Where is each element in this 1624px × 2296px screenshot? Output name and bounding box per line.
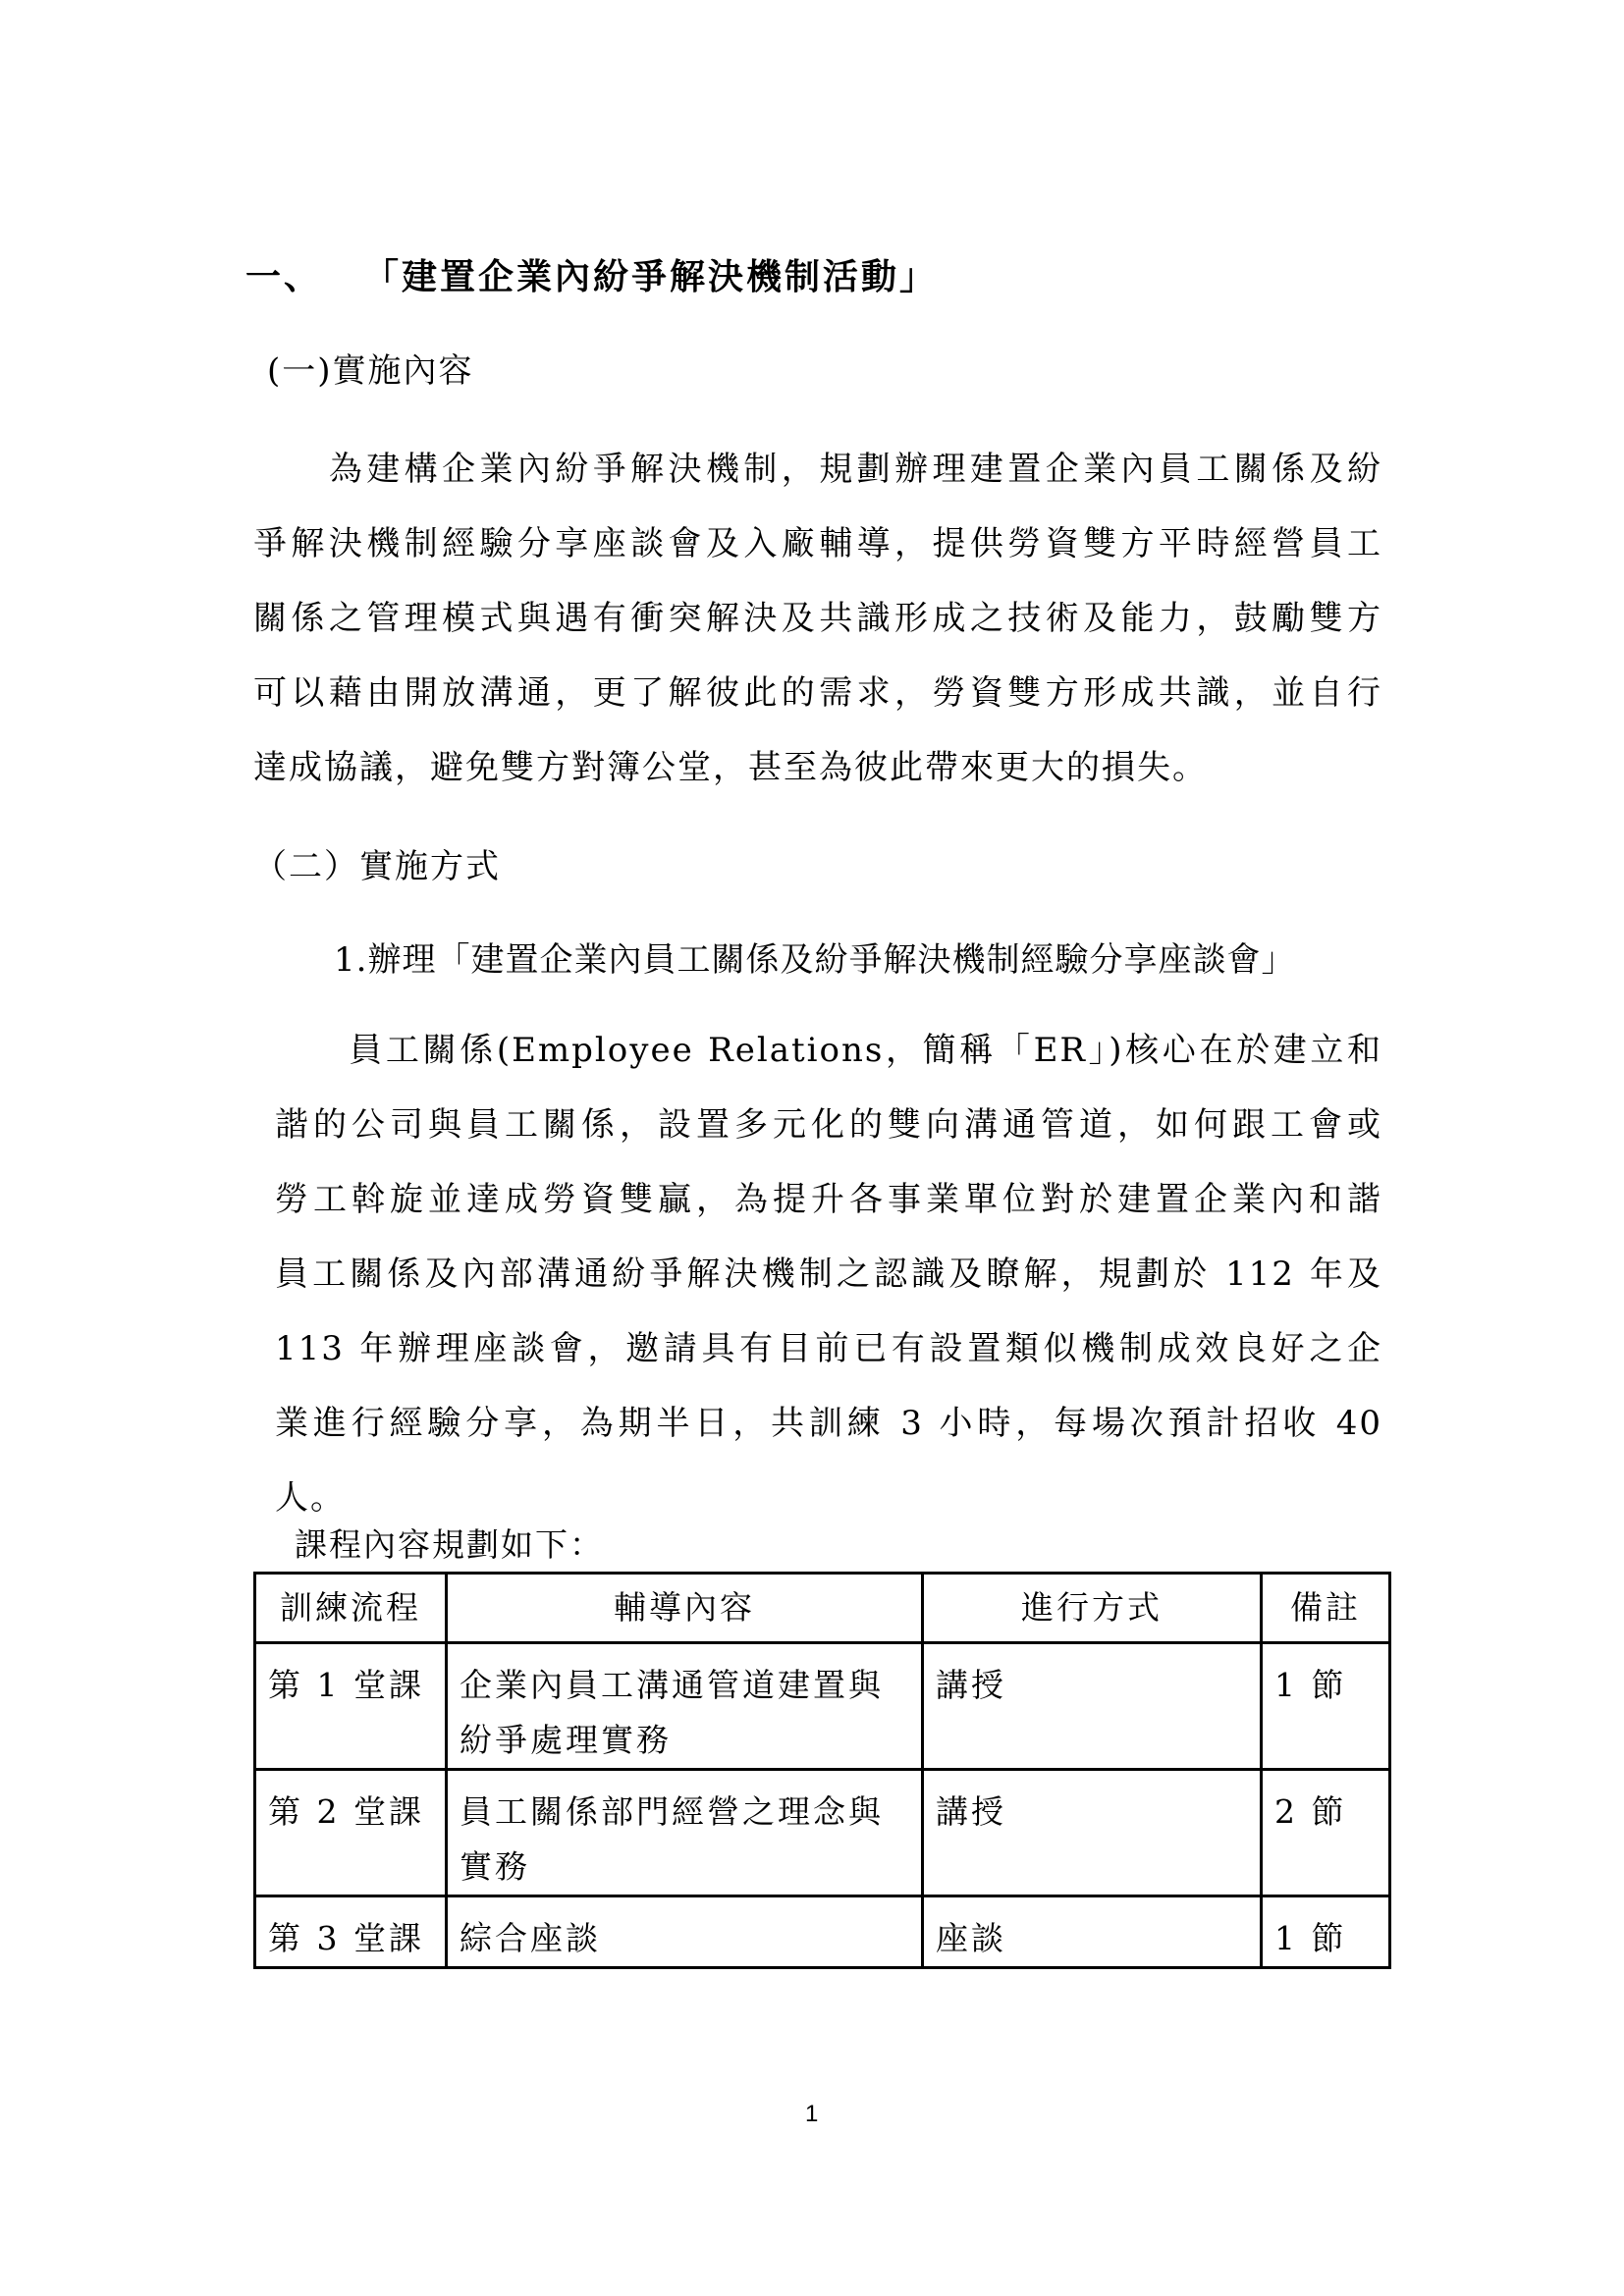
paragraph-line: 113 年辦理座談會，邀請具有目前已有設置類似機制成效良好之企 — [275, 1311, 1382, 1386]
section-number: 一、 — [245, 249, 363, 299]
paragraph-line: 關係之管理模式與遇有衝突解決及共識形成之技術及能力，鼓勵雙方 — [253, 581, 1382, 656]
header-method: 進行方式 — [923, 1574, 1262, 1643]
paragraph-line: 員工關係(Employee Relations，簡稱「ER」)核心在於建立和 — [275, 1013, 1382, 1088]
paragraph-line: 可以藉由開放溝通，更了解彼此的需求，勞資雙方形成共識，並自行 — [253, 656, 1382, 730]
course-plan-table: 訓練流程 輔導內容 進行方式 備註 第 1 堂課 企業內員工溝通管道建置與紛爭處… — [253, 1572, 1391, 1969]
section-title: 「建置企業內紛爭解決機制活動」 — [363, 256, 938, 297]
cell-session: 第 1 堂課 — [255, 1643, 447, 1770]
table-row: 第 3 堂課 綜合座談 座談 1 節 — [255, 1896, 1390, 1968]
table-caption: 課程內容規劃如下： — [295, 1520, 604, 1566]
paragraph-line: 勞工斡旋並達成勞資雙贏，為提升各事業單位對於建置企業內和諧 — [275, 1162, 1382, 1237]
section-heading: 一、「建置企業內紛爭解決機制活動」 — [245, 249, 938, 299]
paragraph-line: 員工關係及內部溝通紛爭解決機制之認識及瞭解，規劃於 112 年及 — [275, 1237, 1382, 1311]
subsection-heading-content: (一)實施內容 — [267, 344, 474, 392]
page-number: 1 — [805, 2101, 818, 2128]
cell-note: 1 節 — [1262, 1896, 1390, 1968]
cell-session: 第 2 堂課 — [255, 1770, 447, 1896]
paragraph-line: 業進行經驗分享，為期半日，共訓練 3 小時，每場次預計招收 40 — [275, 1386, 1382, 1461]
table-row: 第 2 堂課 員工關係部門經營之理念與實務 講授 2 節 — [255, 1770, 1390, 1896]
cell-note: 2 節 — [1262, 1770, 1390, 1896]
employee-relations-paragraph: 員工關係(Employee Relations，簡稱「ER」)核心在於建立和 諧… — [275, 1013, 1382, 1535]
table-row: 第 1 堂課 企業內員工溝通管道建置與紛爭處理實務 講授 1 節 — [255, 1643, 1390, 1770]
paragraph-line: 為建構企業內紛爭解決機制，規劃辦理建置企業內員工關係及紛 — [253, 432, 1382, 507]
table-header-row: 訓練流程 輔導內容 進行方式 備註 — [255, 1574, 1390, 1643]
cell-note: 1 節 — [1262, 1643, 1390, 1770]
cell-content: 企業內員工溝通管道建置與紛爭處理實務 — [447, 1643, 923, 1770]
cell-method: 座談 — [923, 1896, 1262, 1968]
paragraph-line: 爭解決機制經驗分享座談會及入廠輔導，提供勞資雙方平時經營員工 — [253, 507, 1382, 581]
cell-session: 第 3 堂課 — [255, 1896, 447, 1968]
list-item-1: 1.辦理「建置企業內員工關係及紛爭解決機制經驗分享座談會」 — [334, 933, 1295, 981]
cell-content: 綜合座談 — [447, 1896, 923, 1968]
paragraph-line: 諧的公司與員工關係，設置多元化的雙向溝通管道，如何跟工會或 — [275, 1088, 1382, 1162]
paragraph-line: 達成協議，避免雙方對簿公堂，甚至為彼此帶來更大的損失。 — [253, 730, 1382, 805]
cell-method: 講授 — [923, 1770, 1262, 1896]
implementation-content-paragraph: 為建構企業內紛爭解決機制，規劃辦理建置企業內員工關係及紛 爭解決機制經驗分享座談… — [253, 432, 1382, 805]
subsection-heading-method: （二）實施方式 — [253, 839, 501, 887]
cell-method: 講授 — [923, 1643, 1262, 1770]
header-guidance-content: 輔導內容 — [447, 1574, 923, 1643]
header-training-flow: 訓練流程 — [255, 1574, 447, 1643]
cell-content: 員工關係部門經營之理念與實務 — [447, 1770, 923, 1896]
header-note: 備註 — [1262, 1574, 1390, 1643]
